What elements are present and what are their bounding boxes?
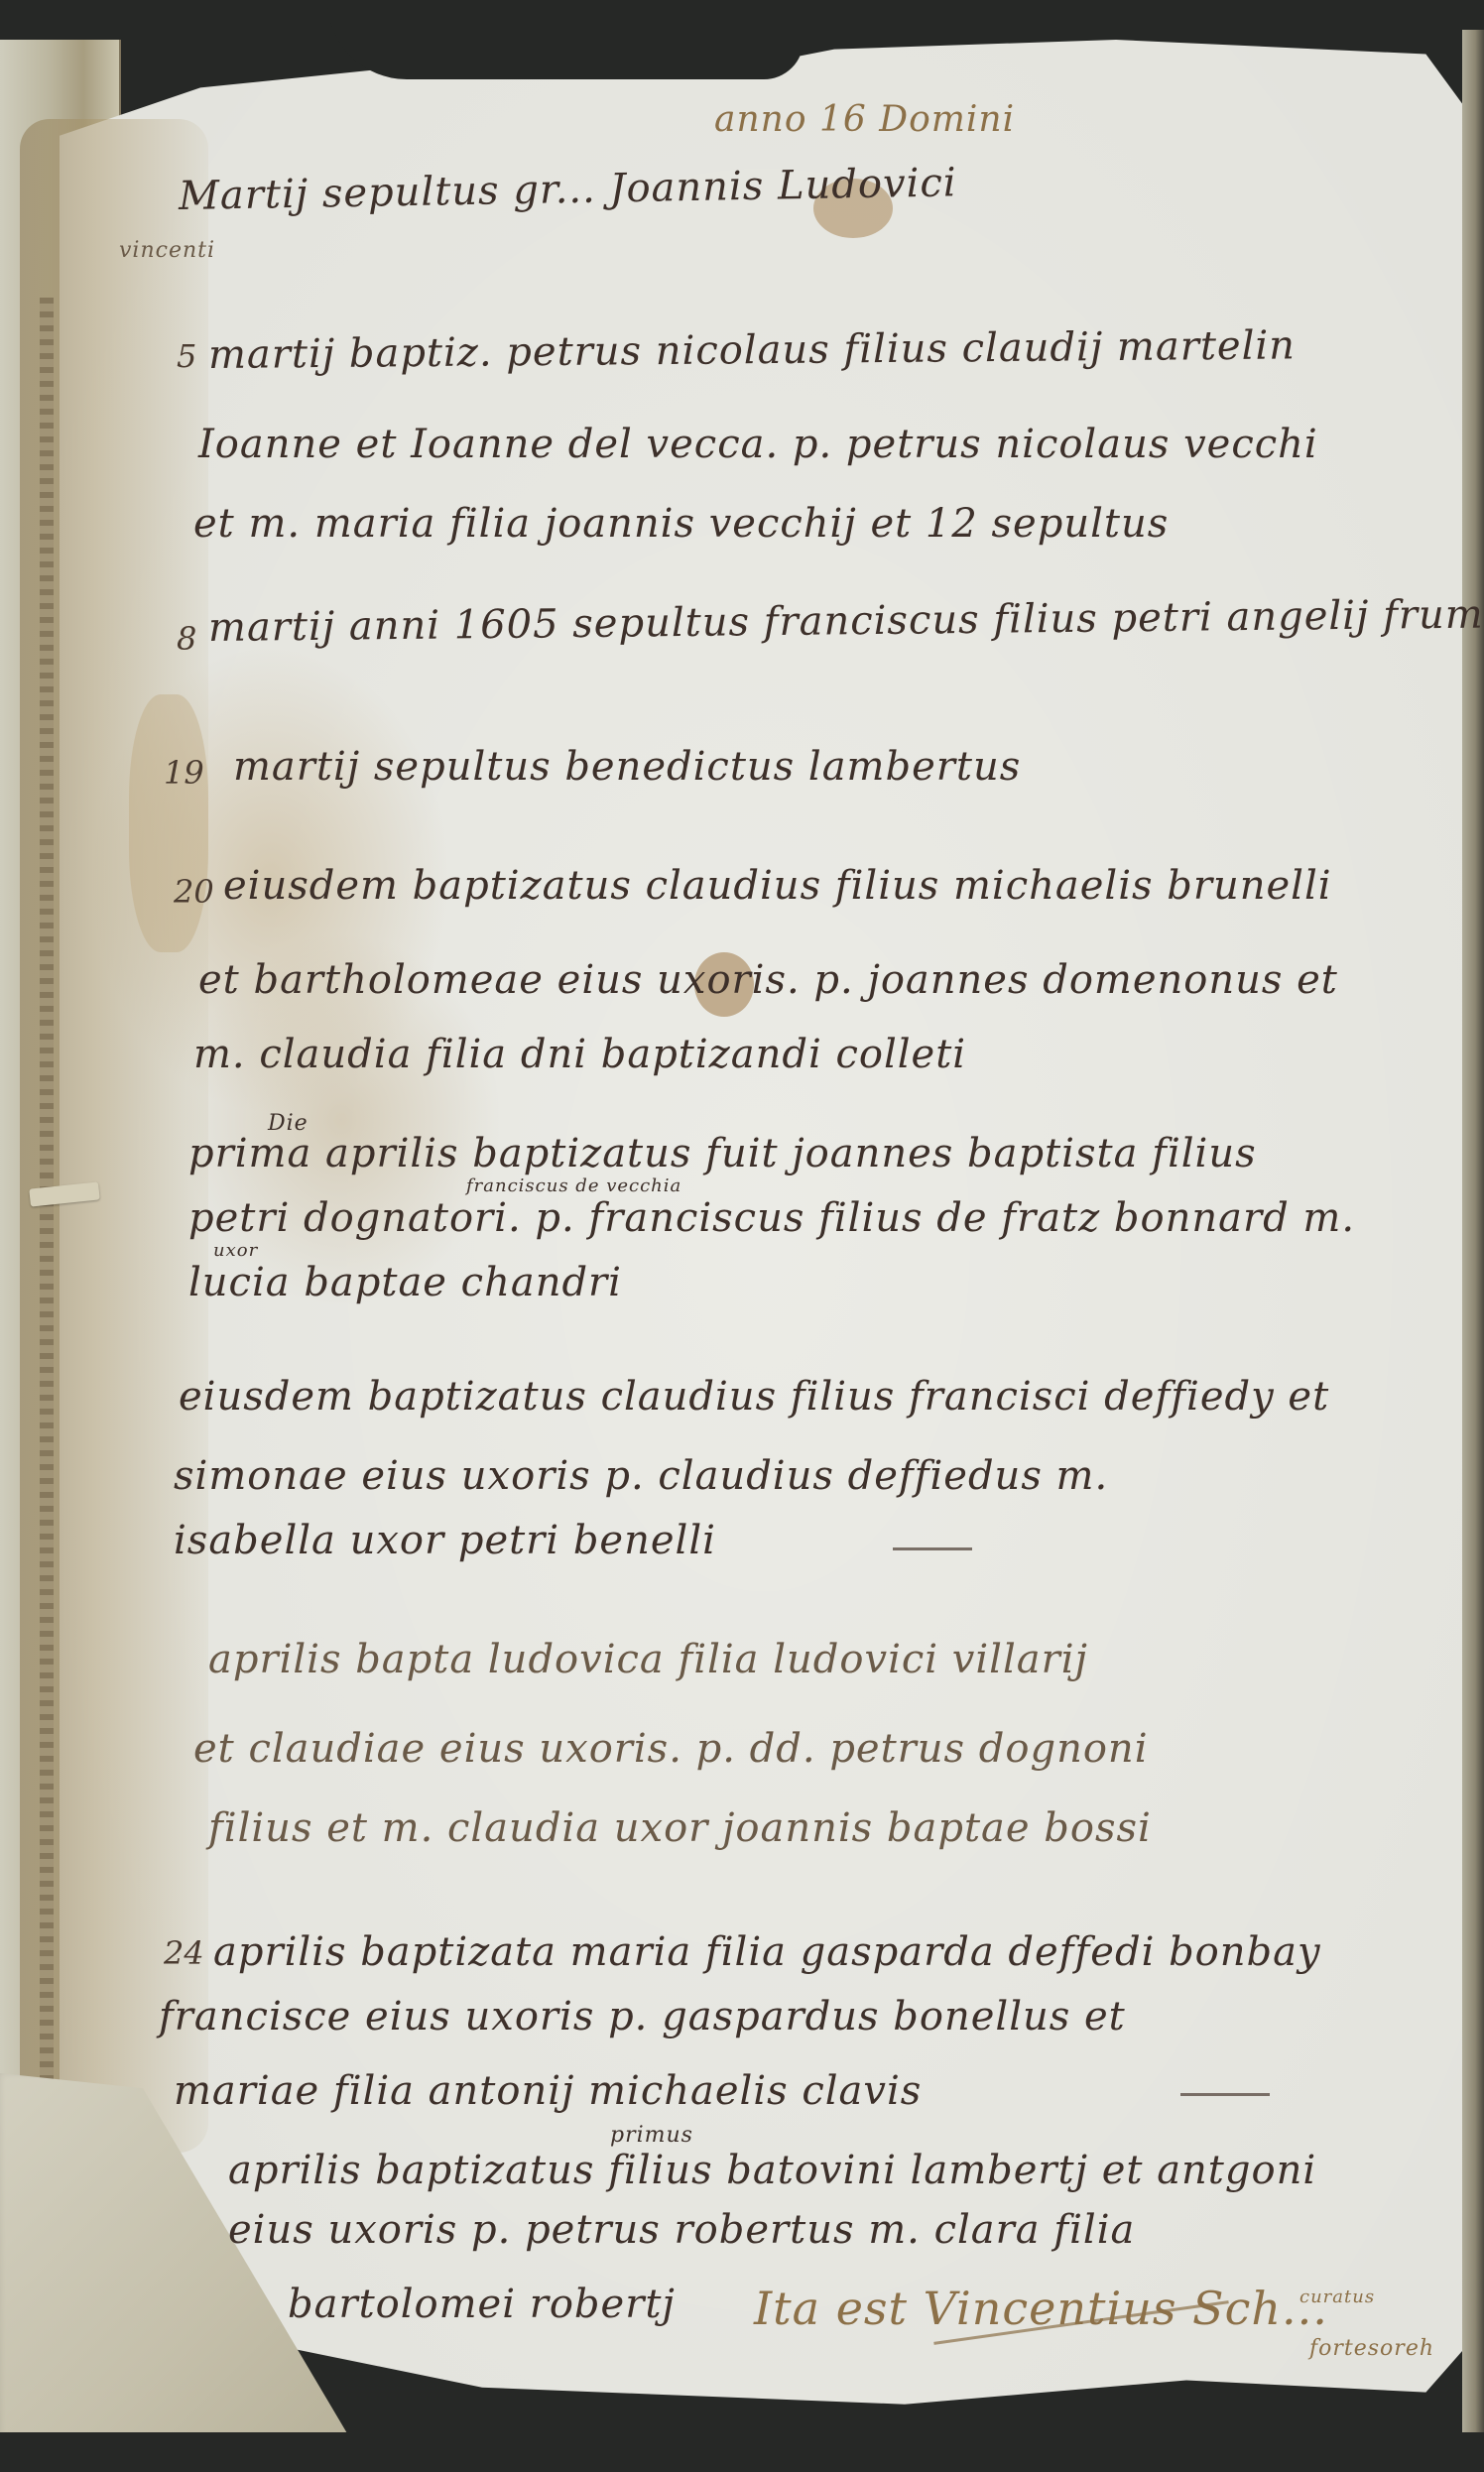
entry-line: francisce eius uxoris p. gaspardus bonel… (159, 1994, 1126, 2039)
entry-line: bartolomei robertj (288, 2282, 676, 2327)
entry-line: et bartholomeae eius uxoris. p. joannes … (198, 957, 1338, 1003)
entry-line: martij sepultus benedictus lambertus (233, 744, 1021, 790)
entry-line: filius et m. claudia uxor joannis baptae… (208, 1805, 1152, 1851)
entry-line: aprilis baptizatus filius batovini lambe… (228, 2148, 1316, 2193)
entry-header-line: Martij sepultus gr... Joannis Ludovici (179, 160, 957, 219)
entry-line: martij anni 1605 sepultus franciscus fil… (208, 591, 1484, 651)
entry-line: et m. maria filia joannis vecchij et 12 … (193, 501, 1169, 547)
entry-line: eiusdem baptizatus claudius filius franc… (179, 1374, 1329, 1420)
entry-line: eiusdem baptizatus claudius filius micha… (223, 863, 1332, 909)
line-end-dash (893, 1547, 972, 1550)
entry-line: martij baptiz. petrus nicolaus filius cl… (208, 322, 1296, 378)
signature-annotation: fortesoreh (1309, 2336, 1434, 2361)
entry-line: aprilis baptizata maria filia gasparda d… (213, 1929, 1321, 1975)
entry-line: prima aprilis baptizatus fuit joannes ba… (188, 1131, 1257, 1176)
entry-line: simonae eius uxoris p. claudius deffiedu… (174, 1453, 1108, 1499)
margin-date: 8 (177, 620, 196, 658)
entry-line: eius uxoris p. petrus robertus m. clara … (228, 2207, 1135, 2253)
header-year-line: anno 16 Domini (714, 99, 1015, 140)
register-entries: anno 16 Domini Martij sepultus gr... Joa… (0, 0, 1484, 2472)
entry-line: lucia baptae chandri (188, 1260, 622, 1305)
entry-header-line-2: vincenti (119, 238, 215, 263)
margin-date: 20 (174, 873, 214, 911)
interlinear-note: uxor (213, 1240, 258, 1261)
entry-line: m. claudia filia dni baptizandi colleti (193, 1032, 966, 1077)
margin-date: 19 (164, 754, 204, 792)
entry-line: et claudiae eius uxoris. p. dd. petrus d… (193, 1726, 1148, 1772)
margin-date: 5 (177, 337, 196, 375)
entry-line: isabella uxor petri benelli (174, 1518, 716, 1563)
interlinear-note: franciscus de vecchia (466, 1175, 681, 1196)
superscript-note: primus (610, 2123, 693, 2148)
margin-date: 24 (164, 1934, 204, 1972)
entry-line: Ioanne et Ioanne del vecca. p. petrus ni… (198, 422, 1318, 467)
entry-line: mariae filia antonij michaelis clavis (174, 2068, 922, 2114)
entry-line: aprilis bapta ludovica filia ludovici vi… (208, 1637, 1088, 1682)
signature-annotation: curatus (1299, 2287, 1375, 2307)
entry-line: petri dognatori. p. franciscus filius de… (188, 1195, 1355, 1241)
line-end-dash (1180, 2093, 1270, 2096)
